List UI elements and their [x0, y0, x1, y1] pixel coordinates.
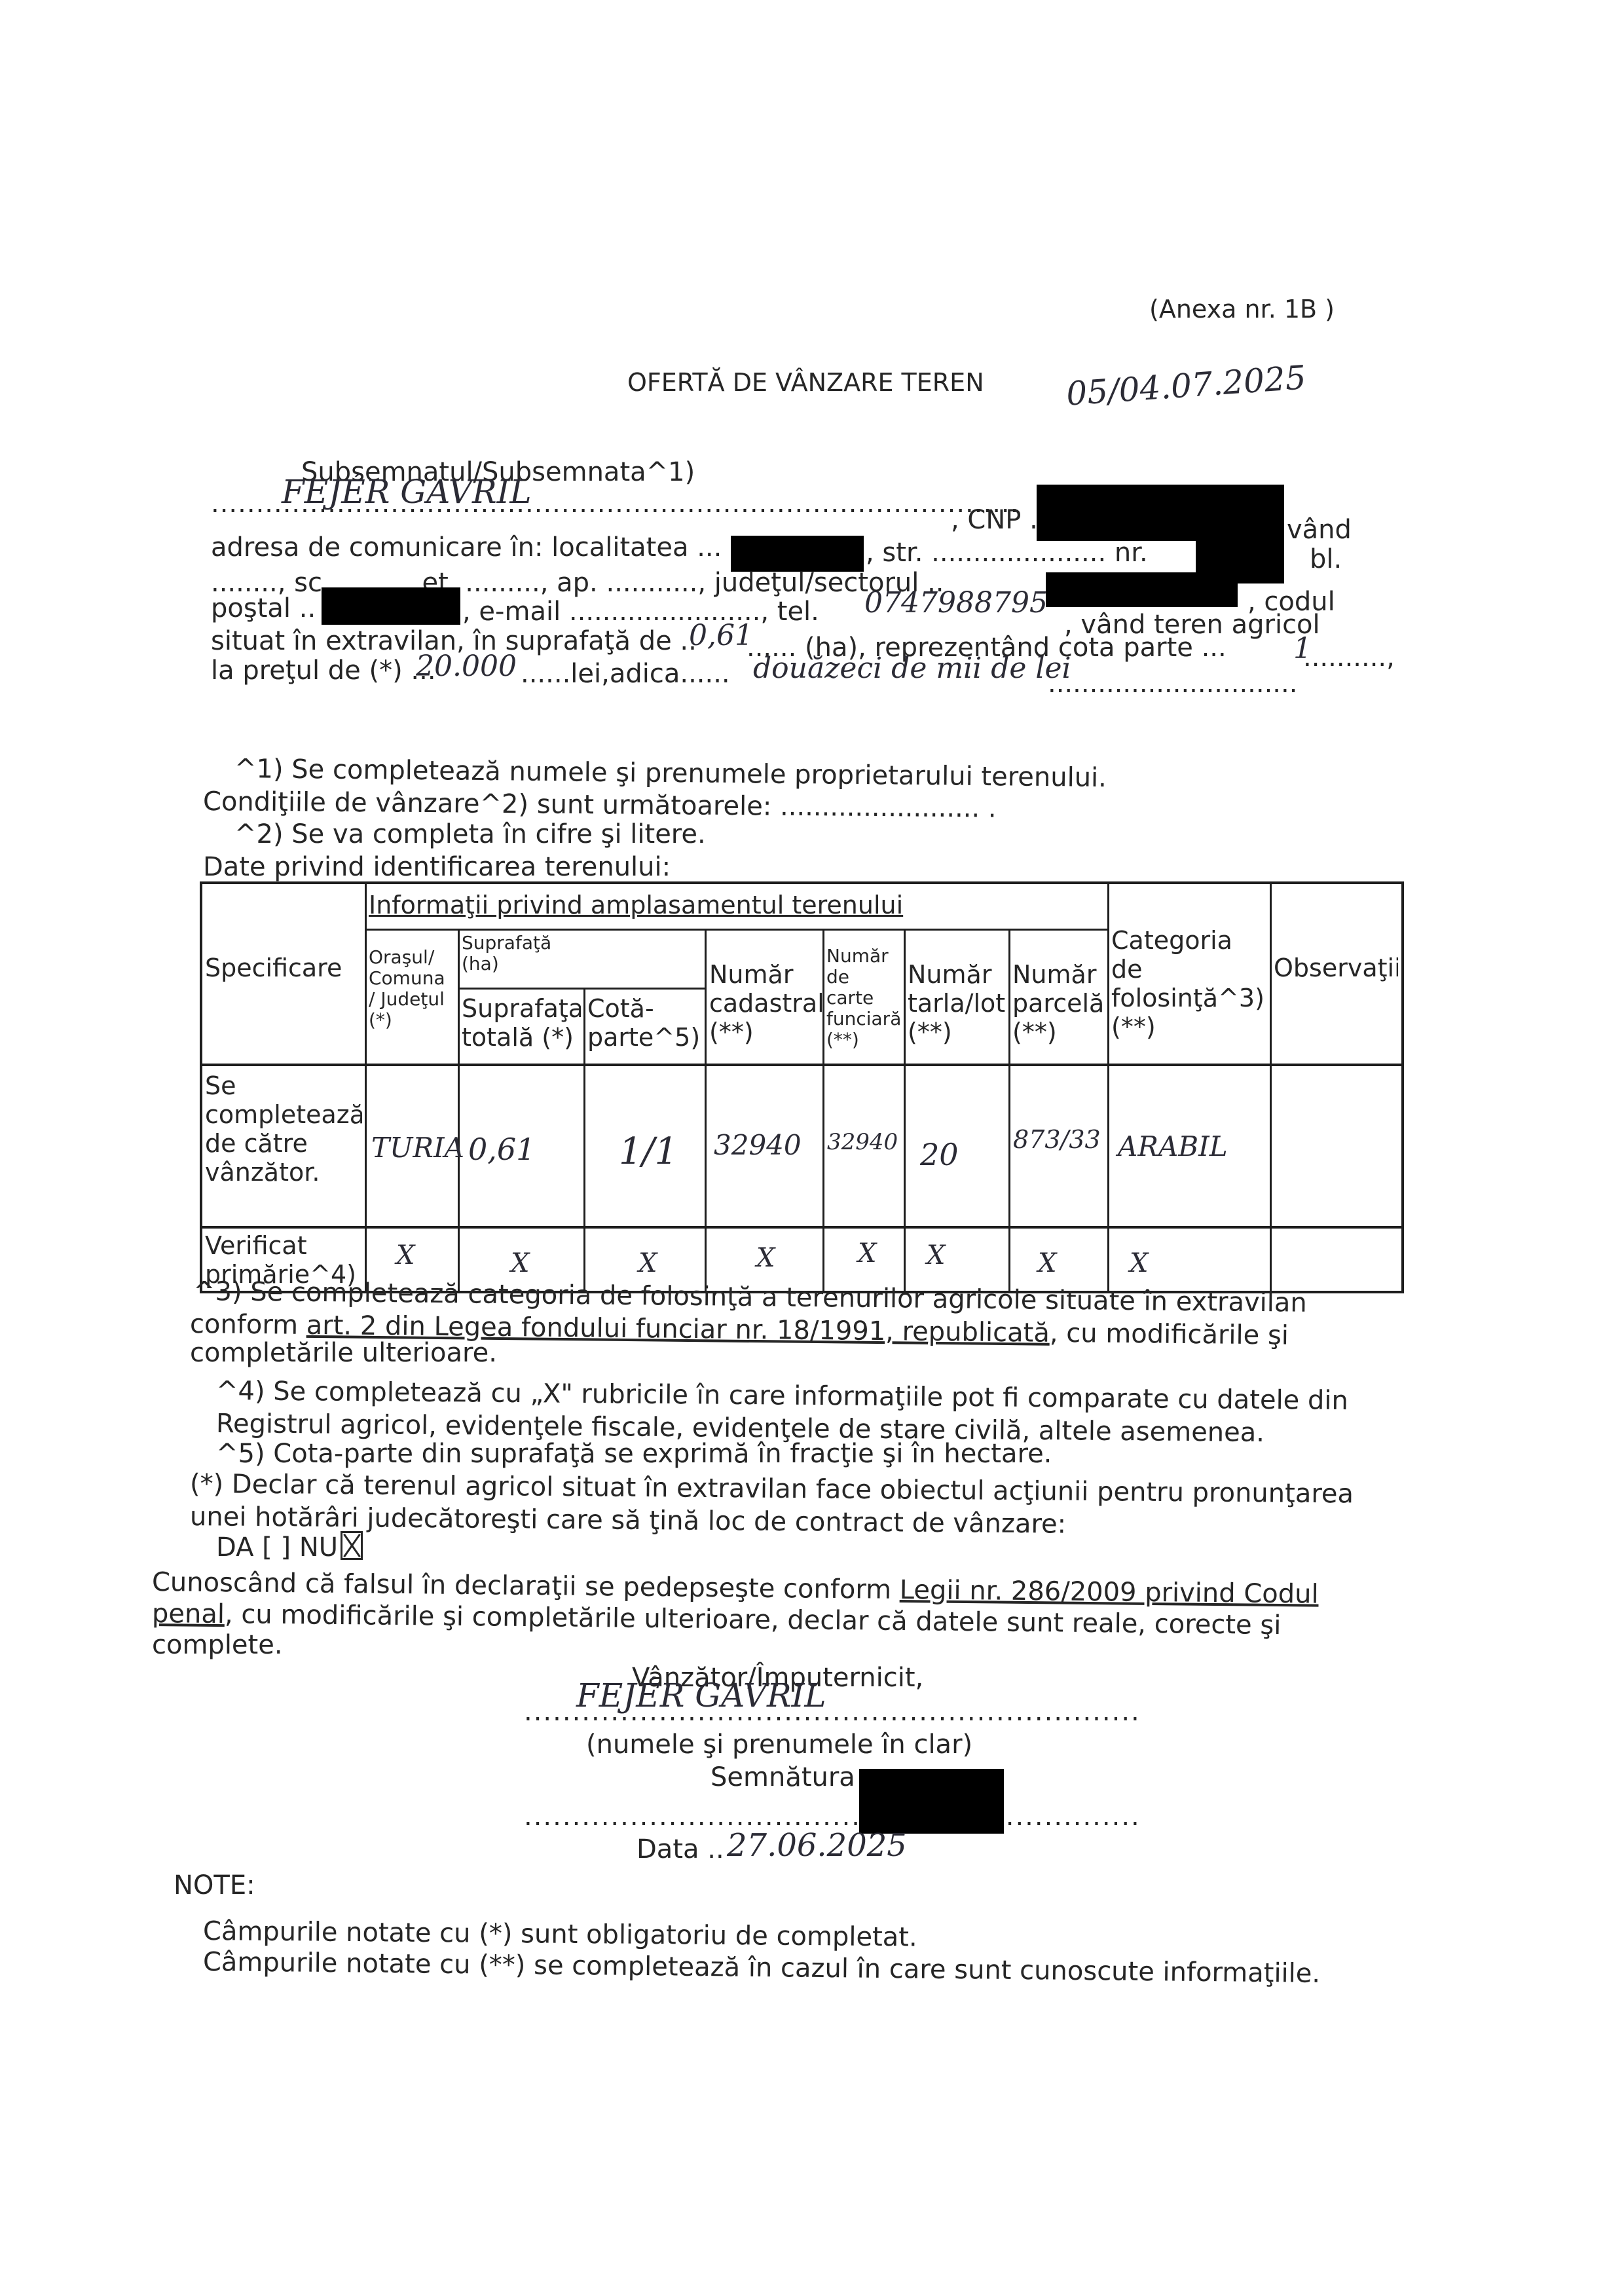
signature-label: Semnătura: [710, 1762, 855, 1793]
note-3-prefix: conform: [190, 1309, 306, 1341]
price-field[interactable]: 20.000: [416, 650, 517, 683]
col-header-carte-funciara: Număr de carte funciară (**): [826, 946, 902, 1050]
cell-cota[interactable]: 1/1: [619, 1130, 678, 1173]
cell-carte-funciara[interactable]: 32940: [827, 1129, 898, 1155]
postal-redaction: [322, 587, 460, 625]
col-header-specificare: Specificare: [205, 954, 362, 982]
signer-name-field[interactable]: FEJÉR GAVRIL: [576, 1676, 826, 1714]
table-intro: Date privind identificarea terenului:: [203, 851, 671, 883]
price-suffix: ......lei,adica......: [521, 658, 730, 690]
share-suffix: ..........,: [1303, 642, 1395, 673]
address-label: adresa de comunicare în: localitatea ...: [211, 532, 722, 563]
group-header-area: Suprafaţă (ha): [462, 933, 580, 974]
check-tarla[interactable]: X: [927, 1240, 945, 1270]
cell-parcela[interactable]: 873/33: [1013, 1125, 1101, 1154]
price-words-dots: ..............................: [1048, 668, 1297, 699]
col-header-parcela: Număr parcelă (**): [1012, 960, 1107, 1046]
street-label: , str. ..................... nr.: [866, 537, 1148, 568]
check-suprafata[interactable]: X: [511, 1248, 529, 1278]
note-3-suffix: , cu modificările şi: [1050, 1318, 1289, 1351]
option-da-checkbox[interactable]: DA [ ]: [216, 1532, 291, 1563]
check-categoria[interactable]: X: [1130, 1248, 1148, 1278]
check-parcela[interactable]: X: [1038, 1248, 1056, 1278]
date-label: Data ..: [637, 1834, 724, 1865]
postal-label: poştal ..: [211, 593, 316, 624]
block-label: bl.: [1310, 544, 1342, 575]
price-words-field[interactable]: douăzeci de mii de lei: [753, 652, 1071, 685]
note-3-line3: completările ulterioare.: [190, 1337, 497, 1369]
price-label: la preţul de (*) ...: [211, 655, 436, 686]
check-cota[interactable]: X: [638, 1248, 657, 1278]
email-label: , e-mail ......................., tel.: [462, 596, 819, 627]
col-header-tarla: Număr tarla/lot (**): [908, 960, 1007, 1046]
locality-redaction: [731, 536, 864, 572]
check-carte-funciara[interactable]: X: [858, 1238, 876, 1268]
address-line3: ........, sc. ........, et. ........., a…: [211, 567, 944, 599]
footer-notes-heading: NOTE:: [174, 1870, 255, 1901]
signature-redaction: [859, 1769, 1004, 1834]
col-header-cadastral: Număr cadastral (**): [709, 960, 822, 1046]
cell-tarla[interactable]: 20: [920, 1137, 959, 1172]
cell-suprafata[interactable]: 0,61: [468, 1132, 535, 1167]
footer-note-2: Câmpurile notate cu (**) se completează …: [203, 1946, 1321, 1990]
note-2: ^2) Se va completa în cifre şi litere.: [234, 819, 706, 850]
cnp-label: , CNP ..: [951, 504, 1046, 536]
col-header-suprafata: Suprafaţa totală (*): [462, 994, 581, 1052]
group-header-location: Informaţii privind amplasamentul terenul…: [369, 891, 1102, 919]
registration-stamp: 05/04.07.2025: [1065, 358, 1307, 413]
liability-line3: complete.: [152, 1629, 283, 1661]
cnp-redaction: [1037, 485, 1284, 541]
area-field[interactable]: 0,61: [689, 619, 753, 652]
option-nu-label: NU: [299, 1532, 338, 1563]
option-nu-checkbox-checked[interactable]: [341, 1531, 363, 1560]
cell-categoria[interactable]: ARABIL: [1118, 1130, 1228, 1162]
check-localitate[interactable]: X: [396, 1240, 415, 1270]
col-header-cota: Cotă-parte^5): [587, 994, 703, 1052]
county-redaction: [1046, 572, 1238, 607]
owner-name-field[interactable]: FEJÉR GAVRIL: [282, 473, 532, 511]
law-286-2009-link[interactable]: Legii nr. 286/2009 privind Codul: [900, 1575, 1319, 1610]
annex-label: (Anexa nr. 1B ): [1149, 293, 1335, 325]
col-header-localitate: Oraşul/ Comuna / Judeţul (*): [369, 947, 456, 1031]
note-5: ^5) Cota-parte din suprafaţă se exprimă …: [216, 1438, 1052, 1470]
cell-localitate[interactable]: TURIA: [371, 1132, 464, 1164]
cell-cadastral[interactable]: 32940: [714, 1129, 802, 1161]
check-cadastral[interactable]: X: [756, 1243, 775, 1273]
court-action-options: DA [ ] NU: [216, 1531, 363, 1563]
phone-field[interactable]: 0747988795: [864, 586, 1048, 620]
signer-name-caption: (numele şi prenumele în clar): [586, 1729, 972, 1760]
land-identification-table: Specificare Informaţii privind amplasame…: [200, 881, 1403, 1292]
page-title: OFERTĂ DE VÂNZARE TEREN: [627, 367, 984, 398]
col-header-categoria: Categoria de folosinţă^3) (**): [1111, 926, 1268, 1041]
codul-penal-link[interactable]: penal: [152, 1599, 225, 1629]
row-label-vanzator: Se completează de către vânzător.: [205, 1071, 362, 1187]
domicile-suffix: vând: [1287, 514, 1352, 546]
signature-date-field[interactable]: 27.06.2025: [727, 1827, 907, 1864]
col-header-observatii: Observaţii: [1274, 954, 1398, 982]
